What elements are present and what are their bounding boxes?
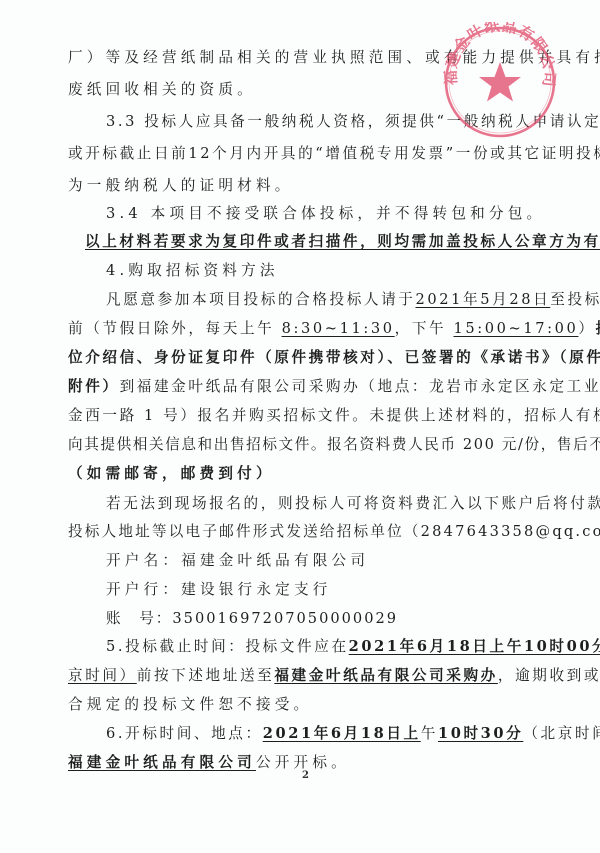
bank-name: 开户行：建设银行永定支行 <box>106 580 540 600</box>
doc-line-23: 合规定的投标文件恕不接受。 <box>68 695 540 715</box>
doc-line-9: 凡愿意参加本项目投标的合格投标人请于2021年5月28日至投标截止 <box>106 290 540 310</box>
submission-location: 福建金叶纸品有限公司采购办 <box>274 667 498 684</box>
doc-line-10: 前（节假日除外，每天上午 8:30~11:30，下午 15:00~17:00）持… <box>68 319 540 339</box>
opening-date: 2021年6月18日上 <box>263 725 421 742</box>
opening-time: 10时30分 <box>438 725 523 742</box>
bank-account-name: 开户名：福建金叶纸品有限公司 <box>106 551 540 571</box>
section-5-deadline: 5.投标截止时间：投标文件应在2021年6月18日上午10时00分（北 <box>106 637 540 657</box>
document-page: 厂）等及经营纸制品相关的营业执照范围、或有能力提供并具有招标项目中 废纸回收相关… <box>0 0 600 853</box>
doc-line-14: 向其提供相关信息和出售招标文件。报名资料费人民币 200 元/份，售后不退。 <box>68 435 540 455</box>
doc-line-4: 或开标截止日前12个月内开具的“增值税专用发票”一份或其它证明投标人 <box>68 144 540 164</box>
section-6-opening: 6.开标时间、地点：2021年6月18日上午10时30分（北京时间）在 <box>106 724 540 744</box>
doc-line-22: 京时间）前按下述地址送至福建金叶纸品有限公司采购办，逾期收到或不符 <box>68 666 540 686</box>
bank-account-number: 账 号：35001697207050000029 <box>106 609 540 629</box>
afternoon-hours: 15:00~17:00 <box>453 320 578 337</box>
doc-line-11: 位介绍信、身份证复印件（原件携带核对）、已签署的《承诺书》（原件）（见 <box>68 348 540 368</box>
doc-line-17: 投标人地址等以电子邮件形式发送给招标单位（2847643358@qq.com）。 <box>68 522 540 542</box>
section-3-4: 3.4 本项目不接受联合体投标，并不得转包和分包。 <box>106 204 540 224</box>
morning-hours: 8:30~11:30 <box>282 320 395 337</box>
notice-stamp-requirement: 以上材料若要求为复印件或者扫描件，则均需加盖投标人公章方为有效。 <box>85 232 557 252</box>
submission-deadline: 2021年6月18日上午10时00分 <box>349 638 600 655</box>
doc-line-1: 厂）等及经营纸制品相关的营业执照范围、或有能力提供并具有招标项目中 <box>68 48 540 68</box>
section-3-3: 3.3 投标人应具备一般纳税人资格，须提供“一般纳税人申请认定表” <box>106 112 540 132</box>
registration-start-date: 2021年5月28日 <box>416 291 551 308</box>
doc-line-13: 金西一路 1 号）报名并购买招标文件。未提供上述材料的，招标人有权拒绝 <box>68 406 540 426</box>
doc-line-12: 附件）到福建金叶纸品有限公司采购办（地点：龙岩市永定区永定工业园区 <box>68 377 540 397</box>
page-number: 2 <box>302 770 309 781</box>
doc-line-2: 废纸回收相关的资质。 <box>68 80 540 100</box>
doc-line-16: 若无法到现场报名的，则投标人可将资料费汇入以下账户后将付款凭证、 <box>106 494 540 514</box>
doc-line-5: 为一般纳税人的证明材料。 <box>68 176 540 196</box>
mailing-note: （如需邮寄，邮费到付） <box>68 464 540 484</box>
opening-location: 福建金叶纸品有限公司 <box>68 754 256 771</box>
section-4-heading: 4.购取招标资料方法 <box>106 261 540 281</box>
